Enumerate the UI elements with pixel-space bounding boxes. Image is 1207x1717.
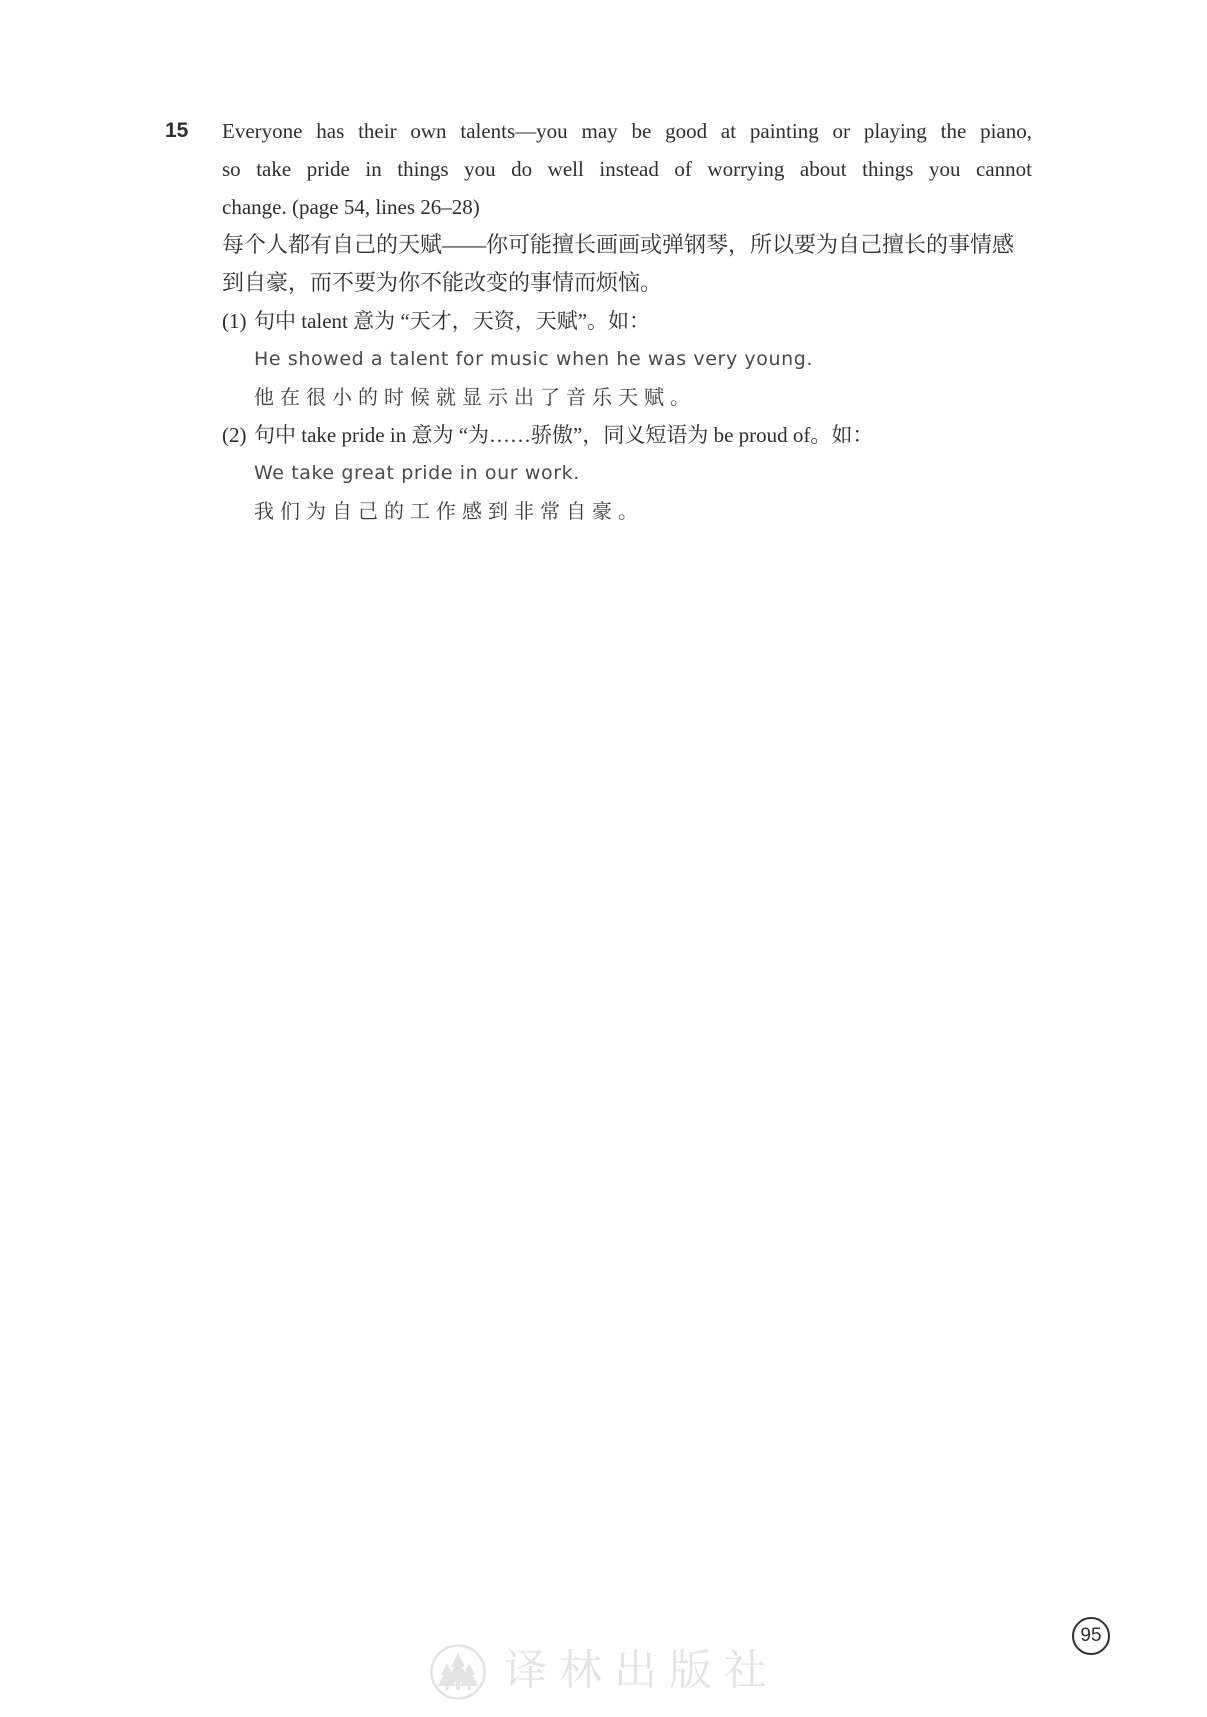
exercise-item-15: 15 Everyone has their own talents—you ma… <box>165 112 1032 530</box>
note-1-example-chinese: 他在很小的时候就显示出了音乐天赋。 <box>254 378 1032 416</box>
publisher-watermark: 译林出版社 <box>428 1642 779 1702</box>
item-text-column: Everyone has their own talents—you may b… <box>222 112 1032 530</box>
note-2-body: 句中 take pride in 意为 “为……骄傲”，同义短语为 be pro… <box>254 416 1032 530</box>
note-2: (2) 句中 take pride in 意为 “为……骄傲”，同义短语为 be… <box>222 416 1032 530</box>
english-sentence-line-1: Everyone has their own talents—you may b… <box>222 112 1032 150</box>
note-1-explanation: 句中 talent 意为 “天才，天资，天赋”。如： <box>254 302 1032 340</box>
chinese-translation-line-1: 每个人都有自己的天赋——你可能擅长画画或弹钢琴，所以要为自己擅长的事情感 <box>222 226 1032 264</box>
note-2-explanation: 句中 take pride in 意为 “为……骄傲”，同义短语为 be pro… <box>254 416 1032 454</box>
english-sentence-line-2: so take pride in things you do well inst… <box>222 150 1032 188</box>
note-2-marker: (2) <box>222 416 254 454</box>
note-2-example-chinese: 我们为自己的工作感到非常自豪。 <box>254 492 1032 530</box>
note-1-marker: (1) <box>222 302 254 340</box>
publisher-name-watermark: 译林出版社 <box>504 1642 779 1702</box>
note-1-example-english: He showed a talent for music when he was… <box>254 340 1032 378</box>
textbook-page: 15 Everyone has their own talents—you ma… <box>0 0 1207 1717</box>
chinese-translation-line-2: 到自豪，而不要为你不能改变的事情而烦恼。 <box>222 264 1032 302</box>
note-2-example-english: We take great pride in our work. <box>254 454 1032 492</box>
english-sentence-line-3: change. (page 54, lines 26–28) <box>222 188 1032 226</box>
note-1: (1) 句中 talent 意为 “天才，天资，天赋”。如： He showed… <box>222 302 1032 416</box>
item-number: 15 <box>165 112 222 150</box>
note-1-body: 句中 talent 意为 “天才，天资，天赋”。如： He showed a t… <box>254 302 1032 416</box>
page-number-badge: 95 <box>1072 1617 1110 1655</box>
yilin-press-logo-icon <box>428 1642 488 1702</box>
